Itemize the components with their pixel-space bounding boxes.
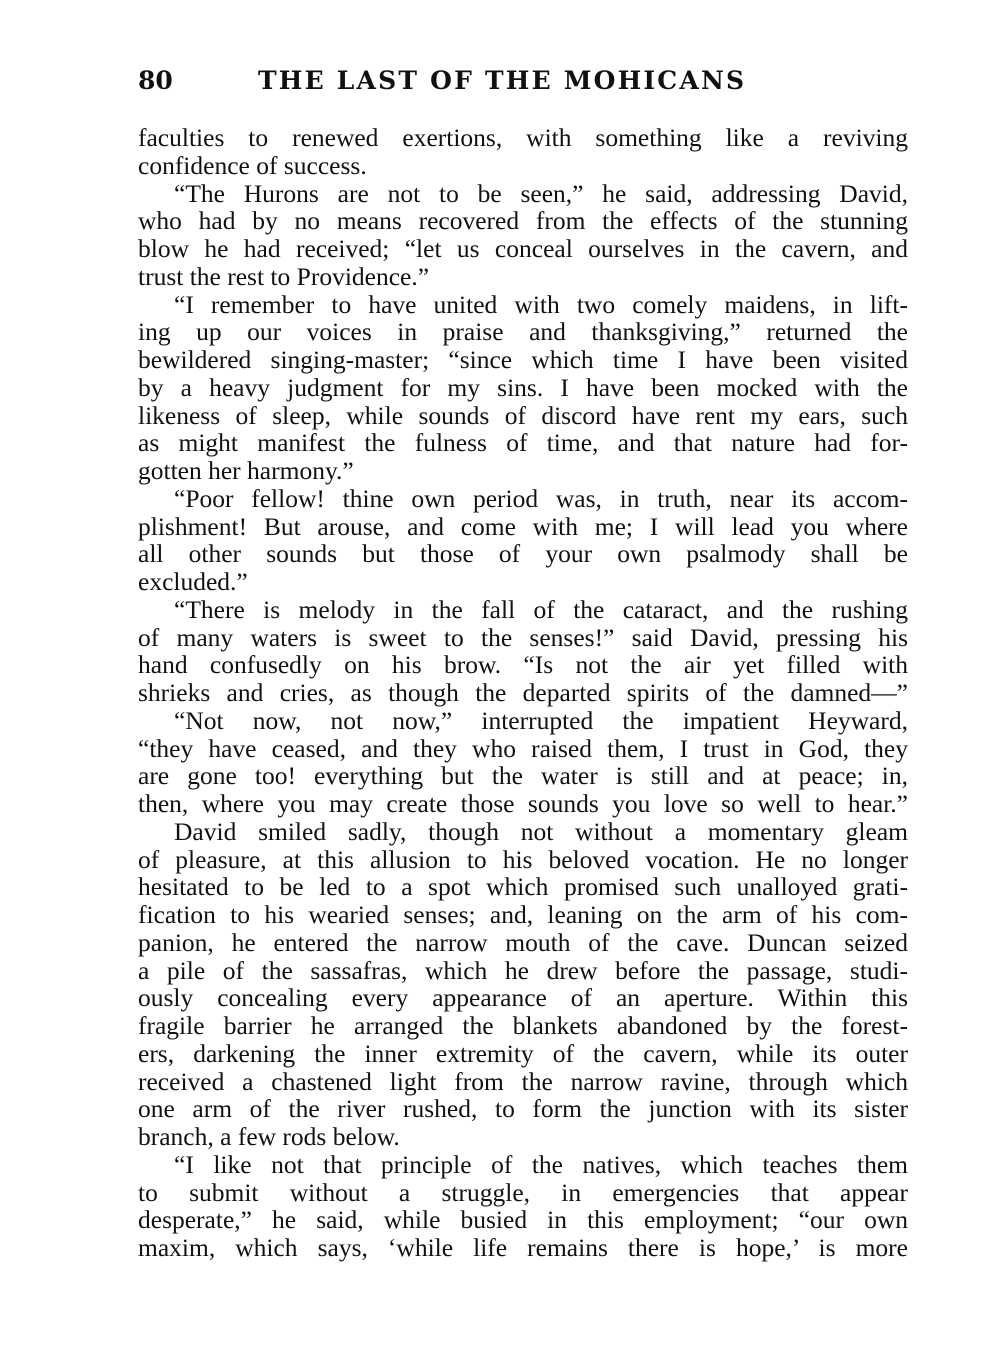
page-body-text: faculties to renewed exertions, with som… xyxy=(138,124,908,1262)
running-header: 80 THE LAST OF THE MOHICANS xyxy=(138,66,908,100)
text-line: faculties to renewed exertions, with som… xyxy=(138,124,908,152)
text-line: by a heavy judgment for my sins. I have … xyxy=(138,374,908,402)
text-line: David smiled sadly, though not without a… xyxy=(138,818,908,846)
text-line: confidence of success. xyxy=(138,152,908,180)
text-line: to submit without a struggle, in emergen… xyxy=(138,1179,908,1207)
text-line: of many waters is sweet to the senses!” … xyxy=(138,624,908,652)
text-line: fragile barrier he arranged the blankets… xyxy=(138,1012,908,1040)
text-line: are gone too! everything but the water i… xyxy=(138,762,908,790)
text-line: maxim, which says, ‘while life remains t… xyxy=(138,1234,908,1262)
text-line: gotten her harmony.” xyxy=(138,457,908,485)
text-line: “The Hurons are not to be seen,” he said… xyxy=(138,180,908,208)
text-line: then, where you may create those sounds … xyxy=(138,790,908,818)
text-line: plishment! But arouse, and come with me;… xyxy=(138,513,908,541)
text-line: received a chastened light from the narr… xyxy=(138,1068,908,1096)
text-line: excluded.” xyxy=(138,568,908,596)
text-line: blow he had received; “let us conceal ou… xyxy=(138,235,908,263)
text-line: “I remember to have united with two come… xyxy=(138,291,908,319)
text-line: fication to his wearied senses; and, lea… xyxy=(138,901,908,929)
text-line: who had by no means recovered from the e… xyxy=(138,207,908,235)
text-line: panion, he entered the narrow mouth of t… xyxy=(138,929,908,957)
text-line: of pleasure, at this allusion to his bel… xyxy=(138,846,908,874)
text-line: bewildered singing-master; “since which … xyxy=(138,346,908,374)
text-line: “I like not that principle of the native… xyxy=(138,1151,908,1179)
text-line: branch, a few rods below. xyxy=(138,1123,908,1151)
text-line: trust the rest to Providence.” xyxy=(138,263,908,291)
text-line: as might manifest the fulness of time, a… xyxy=(138,429,908,457)
text-line: “There is melody in the fall of the cata… xyxy=(138,596,908,624)
text-line: all other sounds but those of your own p… xyxy=(138,540,908,568)
text-line: “Not now, not now,” interrupted the impa… xyxy=(138,707,908,735)
text-line: ers, darkening the inner extremity of th… xyxy=(138,1040,908,1068)
text-line: ing up our voices in praise and thanksgi… xyxy=(138,318,908,346)
text-line: hand confusedly on his brow. “Is not the… xyxy=(138,651,908,679)
text-line: shrieks and cries, as though the departe… xyxy=(138,679,908,707)
text-line: “they have ceased, and they who raised t… xyxy=(138,735,908,763)
text-line: hesitated to be led to a spot which prom… xyxy=(138,873,908,901)
page-number: 80 xyxy=(138,66,173,95)
text-line: a pile of the sassafras, which he drew b… xyxy=(138,957,908,985)
text-line: likeness of sleep, while sounds of disco… xyxy=(138,402,908,430)
text-line: desperate,” he said, while busied in thi… xyxy=(138,1206,908,1234)
text-line: “Poor fellow! thine own period was, in t… xyxy=(138,485,908,513)
text-line: one arm of the river rushed, to form the… xyxy=(138,1095,908,1123)
running-title: THE LAST OF THE MOHICANS xyxy=(258,66,746,95)
text-line: ously concealing every appearance of an … xyxy=(138,984,908,1012)
